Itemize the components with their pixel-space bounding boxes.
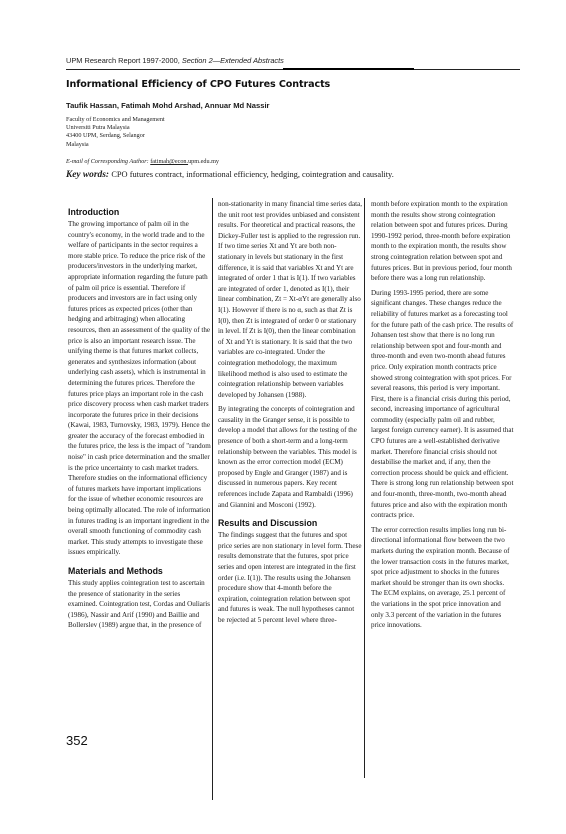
- article-authors: Taufik Hassan, Fatimah Mohd Arshad, Annu…: [66, 101, 270, 110]
- running-head-report: UPM Research Report 1997-2000,: [66, 56, 182, 65]
- paragraph: The findings suggest that the futures an…: [218, 530, 362, 625]
- document-page: UPM Research Report 1997-2000, Section 2…: [0, 0, 566, 834]
- column-left: Introduction The growing importance of p…: [68, 207, 211, 635]
- column-middle: non-stationarity in many financial time …: [218, 199, 362, 630]
- page-number: 352: [66, 733, 88, 748]
- email-label: E-mail of Corresponding Author:: [66, 158, 150, 165]
- email-link[interactable]: fatimah@econ.: [150, 158, 188, 165]
- section-heading-materials-methods: Materials and Methods: [68, 566, 211, 577]
- paragraph: During 1993-1995 period, there are some …: [371, 288, 514, 521]
- affiliation-line: Faculty of Economics and Management: [66, 116, 165, 124]
- email-domain: upm.edu.my: [188, 158, 219, 165]
- article-title: Informational Efficiency of CPO Futures …: [66, 79, 330, 90]
- affiliation-line: Malaysia: [66, 141, 165, 149]
- paragraph: The growing importance of palm oil in th…: [68, 219, 211, 558]
- corresponding-email: E-mail of Corresponding Author: fatimah@…: [66, 158, 219, 165]
- affiliation-line: 43400 UPM, Serdang, Selangor: [66, 132, 165, 140]
- paragraph: By integrating the concepts of cointegra…: [218, 404, 362, 510]
- column-right: month before expiration month to the exp…: [371, 199, 514, 635]
- keywords: Key words: CPO futures contract, informa…: [66, 170, 394, 180]
- keywords-text: CPO futures contract, informational effi…: [111, 170, 394, 179]
- paragraph: month before expiration month to the exp…: [371, 199, 514, 284]
- section-heading-introduction: Introduction: [68, 207, 211, 218]
- affiliation-line: Universiti Putra Malaysia: [66, 124, 165, 132]
- keywords-label: Key words:: [66, 170, 111, 180]
- section-heading-results-discussion: Results and Discussion: [218, 518, 362, 529]
- column-divider-right: [364, 198, 365, 778]
- paragraph: The error correction results implies lon…: [371, 525, 514, 631]
- paragraph: non-stationarity in many financial time …: [218, 199, 362, 400]
- running-head-section: Section 2—Extended Abstracts: [182, 56, 284, 65]
- paragraph: This study applies cointegration test to…: [68, 578, 211, 631]
- affiliation-block: Faculty of Economics and Management Univ…: [66, 116, 165, 149]
- column-divider-left: [212, 198, 213, 800]
- running-head: UPM Research Report 1997-2000, Section 2…: [66, 56, 284, 65]
- header-rule-accent: [283, 68, 414, 70]
